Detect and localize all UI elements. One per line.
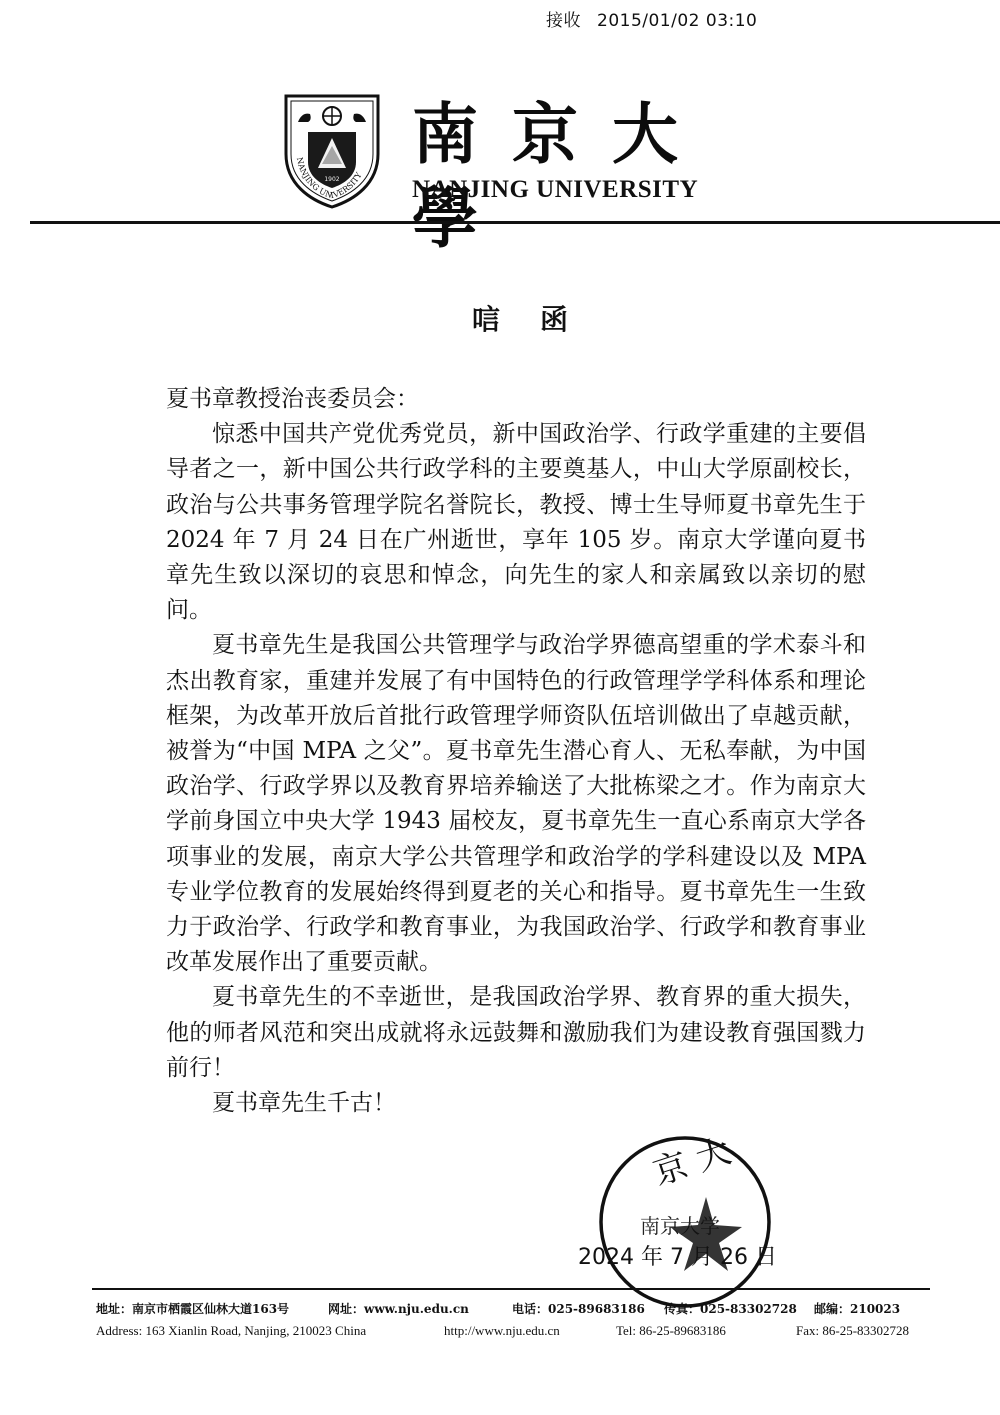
footer-website-cn: 网址：www.nju.edu.cn (328, 1300, 512, 1317)
fax-receipt-header: 接收2015/01/02 03:10 (546, 6, 757, 31)
footer-postcode-cn: 邮编：210023 (814, 1300, 900, 1317)
paragraph-biography: 夏书章先生是我国公共管理学与政治学界德高望重的学术泰斗和杰出教育家，重建并发展了… (166, 628, 866, 980)
footer-address-cn: 地址：南京市栖霞区仙林大道163号 (96, 1300, 328, 1317)
official-seal-stamp: 京 大 南京大学 (596, 1133, 774, 1311)
letter-body: 夏书章教授治丧委员会： 惊悉中国共产党优秀党员，新中国政治学、行政学重建的主要倡… (166, 382, 866, 1121)
fax-label: 接收 (546, 11, 581, 31)
footer-phone-en: Tel: 86-25-89683186 (616, 1323, 796, 1339)
footer-phone-cn: 电话：025-89683186 (512, 1300, 664, 1317)
footer-website-en[interactable]: http://www.nju.edu.cn (444, 1323, 616, 1339)
document-title: 唁函 (0, 298, 1000, 338)
footer-address-en: Address: 163 Xianlin Road, Nanjing, 2100… (96, 1323, 444, 1339)
footer-contact-en: Address: 163 Xianlin Road, Nanjing, 2100… (96, 1323, 926, 1339)
footer-divider (92, 1288, 930, 1290)
fax-timestamp: 2015/01/02 03:10 (597, 11, 757, 31)
university-name-en: NANJING UNIVERSITY (412, 176, 698, 204)
footer-contact-cn: 地址：南京市栖霞区仙林大道163号 网址：www.nju.edu.cn 电话：0… (96, 1300, 926, 1317)
footer-fax-en: Fax: 86-25-83302728 (796, 1323, 909, 1339)
paragraph-condolence: 惊悉中国共产党优秀党员，新中国政治学、行政学重建的主要倡导者之一，新中国公共行政… (166, 417, 866, 628)
letterhead: 1902 NANJING UNIVERSITY 南京大學 NANJING UNI… (282, 92, 752, 217)
letterhead-divider (30, 221, 1000, 224)
signature-date: 2024 年 7 月 26 日 (578, 1240, 777, 1271)
svg-text:1902: 1902 (324, 176, 339, 183)
salutation: 夏书章教授治丧委员会： (166, 382, 866, 417)
footer-fax-cn: 传真：025-83302728 (664, 1300, 814, 1317)
paragraph-closing: 夏书章先生千古！ (166, 1086, 866, 1121)
university-crest-icon: 1902 NANJING UNIVERSITY (282, 92, 382, 210)
paragraph-tribute: 夏书章先生的不幸逝世，是我国政治学界、教育界的重大损失，他的师者风范和突出成就将… (166, 980, 866, 1086)
